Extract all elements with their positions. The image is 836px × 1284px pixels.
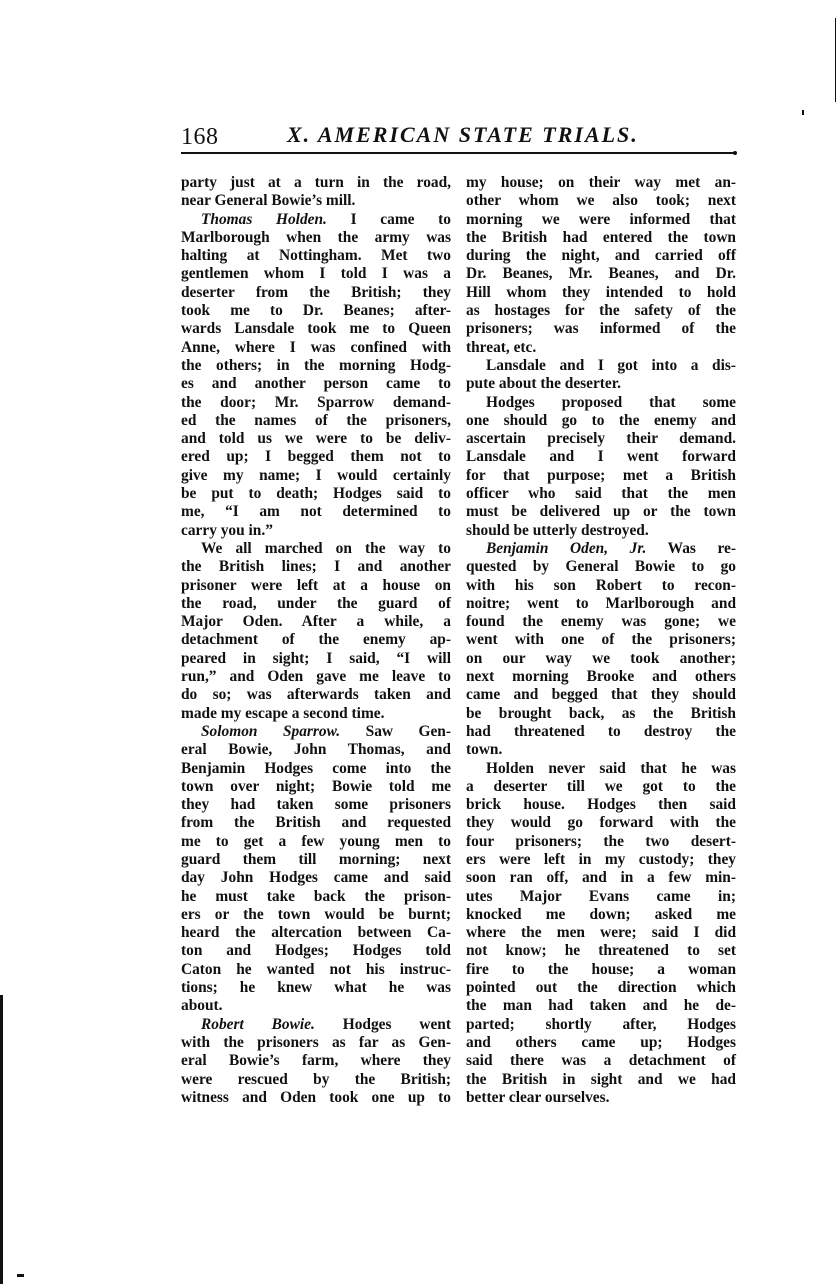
text-line: the road, under the guard of xyxy=(181,595,451,613)
line-text: town over night; Bowie told me xyxy=(181,778,451,795)
text-line: run,” and Oden gave me leave to xyxy=(181,668,451,686)
text-line: with the prisoners as far as Gen- xyxy=(181,1034,451,1052)
text-line: about. xyxy=(181,997,451,1015)
line-text: the others; in the morning Hodg- xyxy=(181,357,451,374)
line-text: made my escape a second time. xyxy=(181,705,384,722)
text-line: quested by General Bowie to go xyxy=(466,558,736,576)
line-text: with his son Robert to recon- xyxy=(466,577,736,594)
text-line: as hostages for the safety of the xyxy=(466,302,736,320)
text-line: four prisoners; the two desert- xyxy=(466,833,736,851)
line-text: ers or the town would be burnt; xyxy=(181,906,451,923)
line-text: detachment of the enemy ap- xyxy=(181,631,451,648)
line-text: and others came up; Hodges xyxy=(466,1034,736,1051)
line-text: I came to xyxy=(327,211,451,228)
text-line: soon ran off, and in a few min- xyxy=(466,869,736,887)
line-text: said there was a detachment of xyxy=(466,1052,736,1069)
text-line: came and begged that they should xyxy=(466,686,736,704)
line-text: during the night, and carried off xyxy=(466,247,736,264)
text-line: Marlborough when the army was xyxy=(181,229,451,247)
page-header: 168 X. AMERICAN STATE TRIALS. xyxy=(181,118,734,154)
line-text: had threatened to destroy the xyxy=(466,723,736,740)
text-line: they would go forward with the xyxy=(466,814,736,832)
line-text: witness and Oden took one up to xyxy=(181,1089,451,1106)
line-text: should be utterly destroyed. xyxy=(466,522,649,539)
text-line: should be utterly destroyed. xyxy=(466,522,736,540)
line-text: parted; shortly after, Hodges xyxy=(466,1016,736,1033)
text-line: the man had taken and he de- xyxy=(466,997,736,1015)
line-text: gentlemen whom I told I was a xyxy=(181,265,451,282)
text-line: with his son Robert to recon- xyxy=(466,577,736,595)
line-text: Hodges proposed that some xyxy=(486,394,736,411)
line-text: ed the names of the prisoners, xyxy=(181,412,451,429)
line-text: pointed out the direction which xyxy=(466,979,736,996)
text-line: went with one of the prisoners; xyxy=(466,631,736,649)
line-text: about. xyxy=(181,997,222,1014)
text-line: must be delivered up or the town xyxy=(466,503,736,521)
line-text: Benjamin Hodges come into the xyxy=(181,760,451,777)
line-text: Saw Gen- xyxy=(340,723,451,740)
line-text: be brought back, as the British xyxy=(466,705,736,722)
text-line: be put to death; Hodges said to xyxy=(181,485,451,503)
line-text: officer who said that the men xyxy=(466,485,736,502)
text-line: Major Oden. After a while, a xyxy=(181,613,451,631)
line-text: party just at a turn in the road, xyxy=(181,174,451,191)
line-text: as hostages for the safety of the xyxy=(466,302,736,319)
line-text: give my name; I would certainly xyxy=(181,467,451,484)
text-line: heard the altercation between Ca- xyxy=(181,924,451,942)
line-text: Anne, where I was confined with xyxy=(181,339,451,356)
text-line: es and another person came to xyxy=(181,375,451,393)
line-text: were rescued by the British; xyxy=(181,1071,451,1088)
line-text: my house; on their way met an- xyxy=(466,174,736,191)
text-line: Caton he wanted not his instruc- xyxy=(181,961,451,979)
text-line: me to get a few young men to xyxy=(181,833,451,851)
text-line: a deserter till we got to the xyxy=(466,778,736,796)
text-line: be brought back, as the British xyxy=(466,705,736,723)
text-line: ers or the town would be burnt; xyxy=(181,906,451,924)
text-line: near General Bowie’s mill. xyxy=(181,192,451,210)
witness-name: Benjamin Oden, Jr. xyxy=(486,540,646,557)
text-line: the door; Mr. Sparrow demand- xyxy=(181,394,451,412)
line-text: the road, under the guard of xyxy=(181,595,451,612)
text-line: and others came up; Hodges xyxy=(466,1034,736,1052)
text-line: during the night, and carried off xyxy=(466,247,736,265)
text-line: day John Hodges came and said xyxy=(181,869,451,887)
text-line: the British lines; I and another xyxy=(181,558,451,576)
text-line: they had taken some prisoners xyxy=(181,796,451,814)
text-line: Lansdale and I went forward xyxy=(466,448,736,466)
line-text: threat, etc. xyxy=(466,339,536,356)
text-line: prisoner were left at a house on xyxy=(181,577,451,595)
line-text: guard them till morning; next xyxy=(181,851,451,868)
line-text: with the prisoners as far as Gen- xyxy=(181,1034,451,1051)
text-line: give my name; I would certainly xyxy=(181,467,451,485)
text-line: morning we were informed that xyxy=(466,211,736,229)
text-line: ers were left in my custody; they xyxy=(466,851,736,869)
text-line: me, “I am not determined to xyxy=(181,503,451,521)
text-line: witness and Oden took one up to xyxy=(181,1089,451,1107)
line-text: the British in sight and we had xyxy=(466,1071,736,1088)
text-line: deserter from the British; they xyxy=(181,284,451,302)
text-line: officer who said that the men xyxy=(466,485,736,503)
text-line: better clear ourselves. xyxy=(466,1089,736,1107)
line-text: quested by General Bowie to go xyxy=(466,558,736,575)
text-line: Thomas Holden. I came to xyxy=(181,211,451,229)
text-line: halting at Nottingham. Met two xyxy=(181,247,451,265)
line-text: the British lines; I and another xyxy=(181,558,451,575)
text-line: Benjamin Hodges come into the xyxy=(181,760,451,778)
page-number: 168 xyxy=(181,124,219,151)
line-text: We all marched on the way to xyxy=(201,540,451,557)
text-line: Benjamin Oden, Jr. Was re- xyxy=(466,540,736,558)
line-text: a deserter till we got to the xyxy=(466,778,736,795)
line-text: soon ran off, and in a few min- xyxy=(466,869,736,886)
line-text: Major Oden. After a while, a xyxy=(181,613,451,630)
line-text: wards Lansdale took me to Queen xyxy=(181,320,451,337)
text-line: prisoners; was informed of the xyxy=(466,320,736,338)
text-line: on our way we took another; xyxy=(466,650,736,668)
line-text: the man had taken and he de- xyxy=(466,997,736,1014)
text-line: for that purpose; met a British xyxy=(466,467,736,485)
text-line: where the men were; said I did xyxy=(466,924,736,942)
line-text: Lansdale and I went forward xyxy=(466,448,736,465)
line-text: Dr. Beanes, Mr. Beanes, and Dr. xyxy=(466,265,736,282)
line-text: Holden never said that he was xyxy=(486,760,736,777)
text-line: ascertain precisely their demand. xyxy=(466,430,736,448)
text-line: he must take back the prison- xyxy=(181,888,451,906)
text-line: pute about the deserter. xyxy=(466,375,736,393)
line-text: fire to the house; a woman xyxy=(466,961,736,978)
line-text: brick house. Hodges then said xyxy=(466,796,736,813)
text-line: were rescued by the British; xyxy=(181,1071,451,1089)
line-text: they would go forward with the xyxy=(466,814,736,831)
text-line: said there was a detachment of xyxy=(466,1052,736,1070)
text-line: Dr. Beanes, Mr. Beanes, and Dr. xyxy=(466,265,736,283)
text-line: and told us we were to be deliv- xyxy=(181,430,451,448)
text-column-right: my house; on their way met an-other whom… xyxy=(466,174,736,1107)
line-text: peared in sight; I said, “I will xyxy=(181,650,451,667)
text-line: peared in sight; I said, “I will xyxy=(181,650,451,668)
text-line: wards Lansdale took me to Queen xyxy=(181,320,451,338)
line-text: morning we were informed that xyxy=(466,211,736,228)
line-text: halting at Nottingham. Met two xyxy=(181,247,451,264)
text-line: found the enemy was gone; we xyxy=(466,613,736,631)
line-text: on our way we took another; xyxy=(466,650,736,667)
line-text: the British had entered the town xyxy=(466,229,736,246)
line-text: pute about the deserter. xyxy=(466,375,621,392)
line-text: do so; was afterwards taken and xyxy=(181,686,451,703)
text-line: made my escape a second time. xyxy=(181,705,451,723)
scanned-book-page: 168 X. AMERICAN STATE TRIALS. party just… xyxy=(0,0,836,1284)
line-text: tions; he knew what he was xyxy=(181,979,451,996)
line-text: Lansdale and I got into a dis- xyxy=(486,357,736,374)
line-text: not know; he threatened to set xyxy=(466,942,736,959)
scan-artifact-mark xyxy=(802,110,804,115)
text-line: Anne, where I was confined with xyxy=(181,339,451,357)
line-text: me to get a few young men to xyxy=(181,833,451,850)
text-line: noitre; went to Marlborough and xyxy=(466,595,736,613)
text-column-left: party just at a turn in the road,near Ge… xyxy=(181,174,451,1107)
line-text: deserter from the British; they xyxy=(181,284,451,301)
line-text: took me to Dr. Beanes; after- xyxy=(181,302,451,319)
text-line: detachment of the enemy ap- xyxy=(181,631,451,649)
line-text: eral Bowie’s farm, where they xyxy=(181,1052,451,1069)
line-text: Hill whom they intended to hold xyxy=(466,284,736,301)
text-line: We all marched on the way to xyxy=(181,540,451,558)
text-line: ton and Hodges; Hodges told xyxy=(181,942,451,960)
text-line: utes Major Evans came in; xyxy=(466,888,736,906)
line-text: found the enemy was gone; we xyxy=(466,613,736,630)
text-line: took me to Dr. Beanes; after- xyxy=(181,302,451,320)
line-text: run,” and Oden gave me leave to xyxy=(181,668,451,685)
text-line: Solomon Sparrow. Saw Gen- xyxy=(181,723,451,741)
text-line: eral Bowie, John Thomas, and xyxy=(181,741,451,759)
line-text: be put to death; Hodges said to xyxy=(181,485,451,502)
text-line: town. xyxy=(466,741,736,759)
line-text: eral Bowie, John Thomas, and xyxy=(181,741,451,758)
witness-name: Thomas Holden. xyxy=(201,211,327,228)
text-line: my house; on their way met an- xyxy=(466,174,736,192)
line-text: next morning Brooke and others xyxy=(466,668,736,685)
text-line: brick house. Hodges then said xyxy=(466,796,736,814)
line-text: town. xyxy=(466,741,502,758)
text-line: guard them till morning; next xyxy=(181,851,451,869)
line-text: came and begged that they should xyxy=(466,686,736,703)
line-text: knocked me down; asked me xyxy=(466,906,736,923)
text-line: do so; was afterwards taken and xyxy=(181,686,451,704)
text-line: had threatened to destroy the xyxy=(466,723,736,741)
line-text: four prisoners; the two desert- xyxy=(466,833,736,850)
text-line: town over night; Bowie told me xyxy=(181,778,451,796)
text-line: Hodges proposed that some xyxy=(466,394,736,412)
line-text: from the British and requested xyxy=(181,814,451,831)
line-text: ered up; I begged them not to xyxy=(181,448,451,465)
scan-artifact-mark xyxy=(17,1274,24,1277)
line-text: went with one of the prisoners; xyxy=(466,631,736,648)
line-text: they had taken some prisoners xyxy=(181,796,451,813)
line-text: better clear ourselves. xyxy=(466,1089,609,1106)
text-line: gentlemen whom I told I was a xyxy=(181,265,451,283)
text-line: Lansdale and I got into a dis- xyxy=(466,357,736,375)
line-text: ers were left in my custody; they xyxy=(466,851,736,868)
text-line: not know; he threatened to set xyxy=(466,942,736,960)
text-line: Robert Bowie. Hodges went xyxy=(181,1016,451,1034)
witness-name: Solomon Sparrow. xyxy=(201,723,340,740)
line-text: ton and Hodges; Hodges told xyxy=(181,942,451,959)
text-line: party just at a turn in the road, xyxy=(181,174,451,192)
line-text: Marlborough when the army was xyxy=(181,229,451,246)
text-line: fire to the house; a woman xyxy=(466,961,736,979)
line-text: Caton he wanted not his instruc- xyxy=(181,961,451,978)
text-line: from the British and requested xyxy=(181,814,451,832)
text-line: Holden never said that he was xyxy=(466,760,736,778)
text-line: one should go to the enemy and xyxy=(466,412,736,430)
line-text: es and another person came to xyxy=(181,375,451,392)
scan-edge-shadow xyxy=(0,995,3,1284)
text-line: the British in sight and we had xyxy=(466,1071,736,1089)
line-text: carry you in.” xyxy=(181,522,273,539)
line-text: me, “I am not determined to xyxy=(181,503,451,520)
text-line: the others; in the morning Hodg- xyxy=(181,357,451,375)
line-text: for that purpose; met a British xyxy=(466,467,736,484)
text-line: carry you in.” xyxy=(181,522,451,540)
line-text: utes Major Evans came in; xyxy=(466,888,736,905)
line-text: ascertain precisely their demand. xyxy=(466,430,736,447)
text-line: parted; shortly after, Hodges xyxy=(466,1016,736,1034)
text-line: pointed out the direction which xyxy=(466,979,736,997)
text-line: Hill whom they intended to hold xyxy=(466,284,736,302)
text-line: the British had entered the town xyxy=(466,229,736,247)
running-head: X. AMERICAN STATE TRIALS. xyxy=(287,122,639,148)
line-text: the door; Mr. Sparrow demand- xyxy=(181,394,451,411)
line-text: noitre; went to Marlborough and xyxy=(466,595,736,612)
text-line: eral Bowie’s farm, where they xyxy=(181,1052,451,1070)
text-line: knocked me down; asked me xyxy=(466,906,736,924)
line-text: must be delivered up or the town xyxy=(466,503,736,520)
line-text: Was re- xyxy=(646,540,736,557)
line-text: near General Bowie’s mill. xyxy=(181,192,355,209)
text-line: tions; he knew what he was xyxy=(181,979,451,997)
text-line: other whom we also took; next xyxy=(466,192,736,210)
line-text: other whom we also took; next xyxy=(466,192,736,209)
line-text: where the men were; said I did xyxy=(466,924,736,941)
line-text: prisoner were left at a house on xyxy=(181,577,451,594)
line-text: Hodges went xyxy=(315,1016,451,1033)
line-text: day John Hodges came and said xyxy=(181,869,451,886)
line-text: one should go to the enemy and xyxy=(466,412,736,429)
witness-name: Robert Bowie. xyxy=(201,1016,315,1033)
text-line: ed the names of the prisoners, xyxy=(181,412,451,430)
line-text: prisoners; was informed of the xyxy=(466,320,736,337)
header-rule xyxy=(181,152,735,154)
line-text: heard the altercation between Ca- xyxy=(181,924,451,941)
text-line: threat, etc. xyxy=(466,339,736,357)
text-line: ered up; I begged them not to xyxy=(181,448,451,466)
line-text: and told us we were to be deliv- xyxy=(181,430,451,447)
text-line: next morning Brooke and others xyxy=(466,668,736,686)
line-text: he must take back the prison- xyxy=(181,888,451,905)
